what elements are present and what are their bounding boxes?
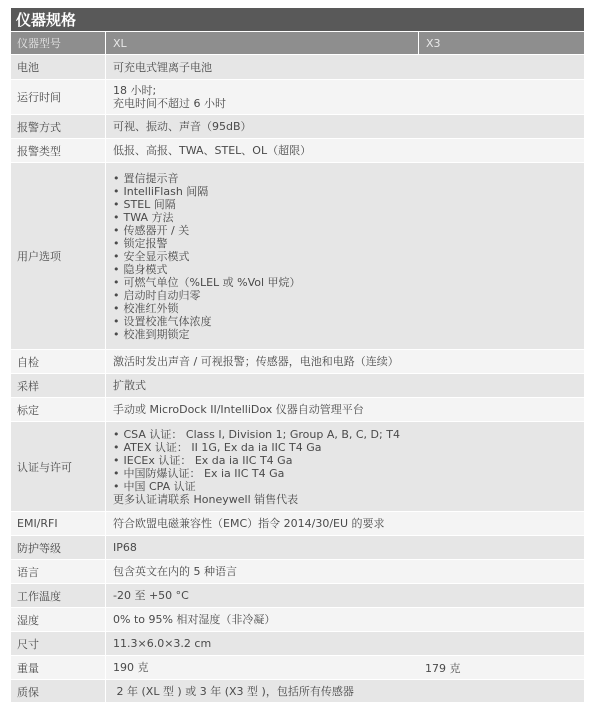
row-label: 报警方式	[11, 115, 106, 138]
row-value: 可视、振动、声音（95dB）	[106, 115, 584, 138]
row-label: 湿度	[11, 608, 106, 631]
value-line: 手动或 MicroDock II/IntelliDox 仪器自动管理平台	[113, 403, 584, 416]
row-label: 报警类型	[11, 139, 106, 162]
value-line: 扩散式	[113, 379, 584, 392]
row-label: 标定	[11, 398, 106, 421]
value-line: 包含英文在内的 5 种语言	[113, 565, 584, 578]
row-value: 18 小时; 充电时间不超过 6 小时	[106, 80, 584, 114]
row-label: 重量	[11, 656, 106, 679]
row-operating-temp: 工作温度 -20 至 +50 °C	[11, 584, 584, 608]
row-label: 电池	[11, 55, 106, 79]
bullet-item: 中国防爆认证： Ex ia IIC T4 Ga	[113, 467, 584, 480]
row-value: 低报、高报、TWA、STEL、OL（超限）	[106, 139, 584, 162]
row-label: 运行时间	[11, 80, 106, 114]
row-value: 手动或 MicroDock II/IntelliDox 仪器自动管理平台	[106, 398, 584, 421]
row-label: 语言	[11, 560, 106, 583]
bullet-item: 置信提示音	[113, 172, 584, 185]
row-humidity: 湿度 0% to 95% 相对湿度（非冷凝）	[11, 608, 584, 632]
spec-table: 仪器规格 仪器型号 XL X3 电池 可充电式锂离子电池 运行时间 18 小时;…	[11, 8, 584, 702]
row-label: 用户选项	[11, 163, 106, 349]
row-value: 置信提示音 IntelliFlash 间隔 STEL 间隔 TWA 方法 传感器…	[106, 163, 584, 349]
row-value: IP68	[106, 536, 584, 559]
value-line: 18 小时;	[113, 84, 584, 97]
bullet-item: 中国 CPA 认证	[113, 480, 584, 493]
row-value: 11.3×6.0×3.2 cm	[106, 632, 584, 655]
bullet-item: 传感器开 / 关	[113, 224, 584, 237]
row-label: 自检	[11, 350, 106, 373]
bullet-item: 校准红外锁	[113, 302, 584, 315]
table-title: 仪器规格	[11, 8, 584, 32]
row-value: 包含英文在内的 5 种语言	[106, 560, 584, 583]
bullet-item: 隐身模式	[113, 263, 584, 276]
row-label: 防护等级	[11, 536, 106, 559]
row-value: -20 至 +50 °C	[106, 584, 584, 607]
bullet-item: CSA 认证： Class I, Division 1; Group A, B,…	[113, 428, 584, 441]
bullet-item: STEL 间隔	[113, 198, 584, 211]
value-line: -20 至 +50 °C	[113, 589, 584, 602]
bullet-item: 启动时自动归零	[113, 289, 584, 302]
bullet-item: IntelliFlash 间隔	[113, 185, 584, 198]
bullet-item: 校准到期锁定	[113, 328, 584, 341]
row-value: 扩散式	[106, 374, 584, 397]
bullet-item: ATEX 认证： II 1G, Ex da ia IIC T4 Ga	[113, 441, 584, 454]
bullet-item: 锁定报警	[113, 237, 584, 250]
value-line: IP68	[113, 541, 584, 554]
row-runtime: 运行时间 18 小时; 充电时间不超过 6 小时	[11, 80, 584, 115]
row-label: 质保	[11, 680, 106, 702]
bullet-item: TWA 方法	[113, 211, 584, 224]
header-row: 仪器型号 XL X3	[11, 32, 584, 55]
row-user-options: 用户选项 置信提示音 IntelliFlash 间隔 STEL 间隔 TWA 方…	[11, 163, 584, 350]
weight-x3: 179 克	[418, 656, 584, 679]
value-line: 0% to 95% 相对湿度（非冷凝）	[113, 613, 584, 626]
value-line: 11.3×6.0×3.2 cm	[113, 637, 584, 650]
row-value: 2 年 (XL 型 ) 或 3 年 (X3 型 )，包括所有传感器	[106, 680, 584, 702]
value-line: 符合欧盟电磁兼容性（EMC）指令 2014/30/EU 的要求	[113, 517, 584, 530]
row-emi-rfi: EMI/RFI 符合欧盟电磁兼容性（EMC）指令 2014/30/EU 的要求	[11, 512, 584, 536]
bullet-item: 安全显示模式	[113, 250, 584, 263]
value-line: 充电时间不超过 6 小时	[113, 97, 584, 110]
row-dimensions: 尺寸 11.3×6.0×3.2 cm	[11, 632, 584, 656]
row-value: 0% to 95% 相对湿度（非冷凝）	[106, 608, 584, 631]
row-label: 认证与许可	[11, 422, 106, 511]
row-label: 采样	[11, 374, 106, 397]
header-x3: X3	[418, 32, 584, 54]
row-weight: 重量 190 克 179 克	[11, 656, 584, 680]
row-ingress-protection: 防护等级 IP68	[11, 536, 584, 560]
value-line: 2 年 (XL 型 ) 或 3 年 (X3 型 )，包括所有传感器	[113, 685, 584, 698]
row-warranty: 质保 2 年 (XL 型 ) 或 3 年 (X3 型 )，包括所有传感器	[11, 680, 584, 702]
row-value: 符合欧盟电磁兼容性（EMC）指令 2014/30/EU 的要求	[106, 512, 584, 535]
row-certifications: 认证与许可 CSA 认证： Class I, Division 1; Group…	[11, 422, 584, 512]
certification-note: 更多认证请联系 Honeywell 销售代表	[113, 493, 584, 506]
row-alarm-mode: 报警方式 可视、振动、声音（95dB）	[11, 115, 584, 139]
row-sampling: 采样 扩散式	[11, 374, 584, 398]
row-value: CSA 认证： Class I, Division 1; Group A, B,…	[106, 422, 584, 511]
header-xl: XL	[106, 32, 418, 54]
row-value: 可充电式锂离子电池	[106, 55, 584, 79]
value-line: 可视、振动、声音（95dB）	[113, 120, 584, 133]
row-alarm-type: 报警类型 低报、高报、TWA、STEL、OL（超限）	[11, 139, 584, 163]
row-languages: 语言 包含英文在内的 5 种语言	[11, 560, 584, 584]
row-label: EMI/RFI	[11, 512, 106, 535]
value-line: 低报、高报、TWA、STEL、OL（超限）	[113, 144, 584, 157]
row-battery: 电池 可充电式锂离子电池	[11, 55, 584, 80]
row-self-test: 自检 激活时发出声音 / 可视报警；传感器，电池和电路（连续）	[11, 350, 584, 374]
row-value: 激活时发出声音 / 可视报警；传感器，电池和电路（连续）	[106, 350, 584, 373]
bullet-item: 设置校准气体浓度	[113, 315, 584, 328]
value-line: 可充电式锂离子电池	[113, 61, 584, 74]
row-label: 尺寸	[11, 632, 106, 655]
bullet-item: 可燃气单位（%LEL 或 %Vol 甲烷）	[113, 276, 584, 289]
weight-xl: 190 克	[106, 656, 418, 679]
header-label: 仪器型号	[11, 32, 106, 54]
bullet-item: IECEx 认证： Ex da ia IIC T4 Ga	[113, 454, 584, 467]
value-line: 激活时发出声音 / 可视报警；传感器，电池和电路（连续）	[113, 355, 584, 368]
row-label: 工作温度	[11, 584, 106, 607]
row-calibration: 标定 手动或 MicroDock II/IntelliDox 仪器自动管理平台	[11, 398, 584, 422]
